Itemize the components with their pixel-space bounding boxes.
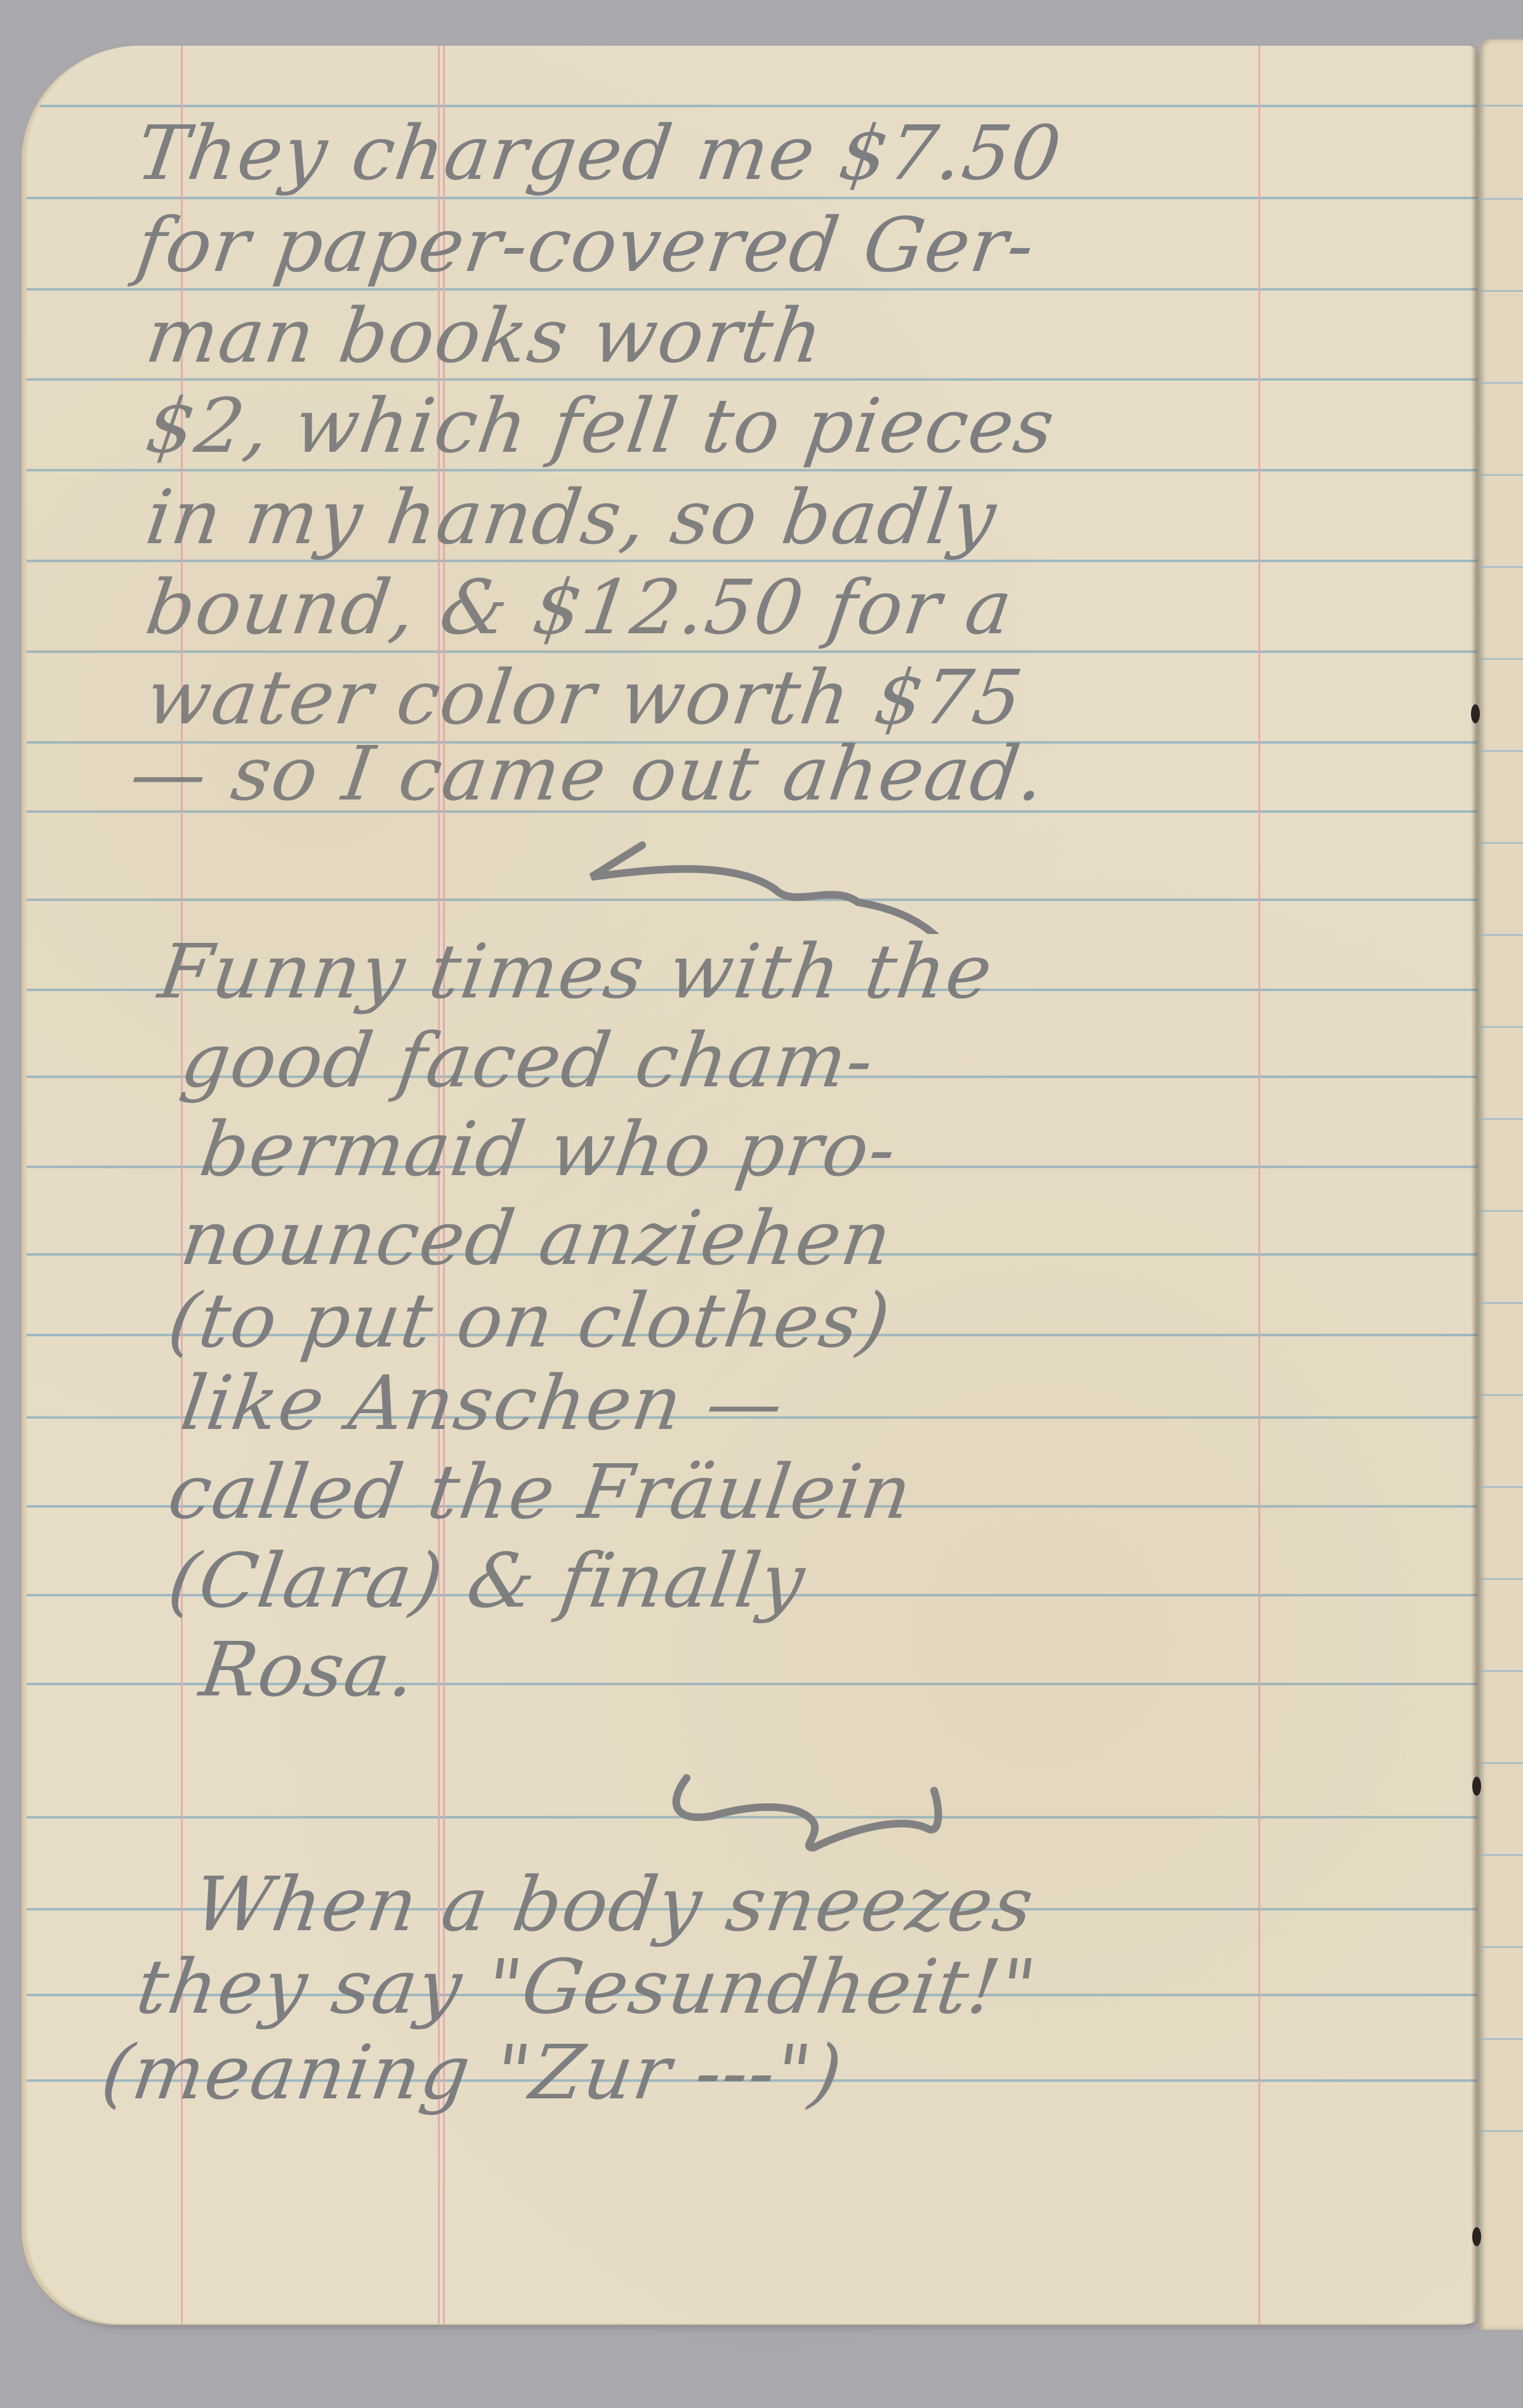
handwritten-line: (meaning "Zur ---"): [98, 2035, 848, 2110]
binding-hole: [1472, 2227, 1481, 2246]
rule-line: [1479, 1946, 1523, 1948]
rule-line: [1479, 105, 1523, 107]
handwritten-line: for paper-covered Ger-: [133, 207, 1040, 282]
rule-line: [1479, 1854, 1523, 1856]
rule-line: [1479, 1762, 1523, 1764]
rule-line: [1479, 1210, 1523, 1212]
handwritten-line: like Anschen —: [177, 1365, 789, 1440]
handwritten-line: Rosa.: [196, 1632, 421, 1707]
handwritten-line: (to put on clothes): [164, 1283, 895, 1358]
handwritten-line: nounced anziehen: [177, 1201, 897, 1275]
binding-gutter: [1471, 46, 1477, 2324]
handwritten-line: they say "Gesundheit!": [133, 1949, 1041, 2024]
handwritten-line: (Clara) & finally: [164, 1543, 810, 1618]
rule-line: [1479, 1578, 1523, 1580]
handwritten-line: man books worth: [142, 298, 828, 373]
handwritten-line: $2, which fell to pieces: [142, 388, 1060, 463]
squiggle-divider: [661, 1765, 1017, 1867]
rule-line: [1479, 290, 1523, 292]
handwritten-line: water color worth $75: [142, 660, 1028, 735]
handwritten-line: bound, & $12.50 for a: [142, 570, 1018, 645]
next-page-edge: [1479, 39, 1523, 2330]
rule-line: [1479, 658, 1523, 660]
rule-line: [1479, 2130, 1523, 2132]
rule-line: [1479, 934, 1523, 936]
handwritten-line: They charged me $7.50: [133, 115, 1067, 190]
binding-hole: [1472, 1777, 1481, 1796]
rule-line: [1479, 1670, 1523, 1672]
margin-line-right: [1258, 46, 1260, 2324]
rule-line: [1479, 2038, 1523, 2040]
squiggle-divider: [566, 832, 972, 934]
rule-line: [1479, 566, 1523, 568]
rule-line: [1479, 1302, 1523, 1304]
rule-line: [1479, 1486, 1523, 1488]
handwritten-line: called the Fräulein: [164, 1454, 917, 1529]
handwritten-line: in my hands, so badly: [142, 480, 1001, 555]
rule-line: [1479, 1394, 1523, 1396]
handwritten-line: good faced cham-: [177, 1023, 879, 1098]
rule-line: [1479, 750, 1523, 752]
rule-line: [1479, 1026, 1523, 1028]
rule-line: [1479, 382, 1523, 384]
rule-line: [1479, 474, 1523, 476]
handwritten-line: bermaid who pro-: [196, 1112, 902, 1187]
handwritten-line: When a body sneezes: [190, 1867, 1039, 1942]
handwritten-line: — so I came out ahead.: [126, 736, 1051, 811]
rule-line: [1479, 842, 1523, 844]
binding-hole: [1471, 704, 1480, 723]
rule-line: [1479, 198, 1523, 200]
notebook-page: They charged me $7.50 for paper-covered …: [27, 46, 1477, 2324]
rule-line: [1479, 1118, 1523, 1120]
handwritten-line: Funny times with the: [155, 934, 998, 1009]
